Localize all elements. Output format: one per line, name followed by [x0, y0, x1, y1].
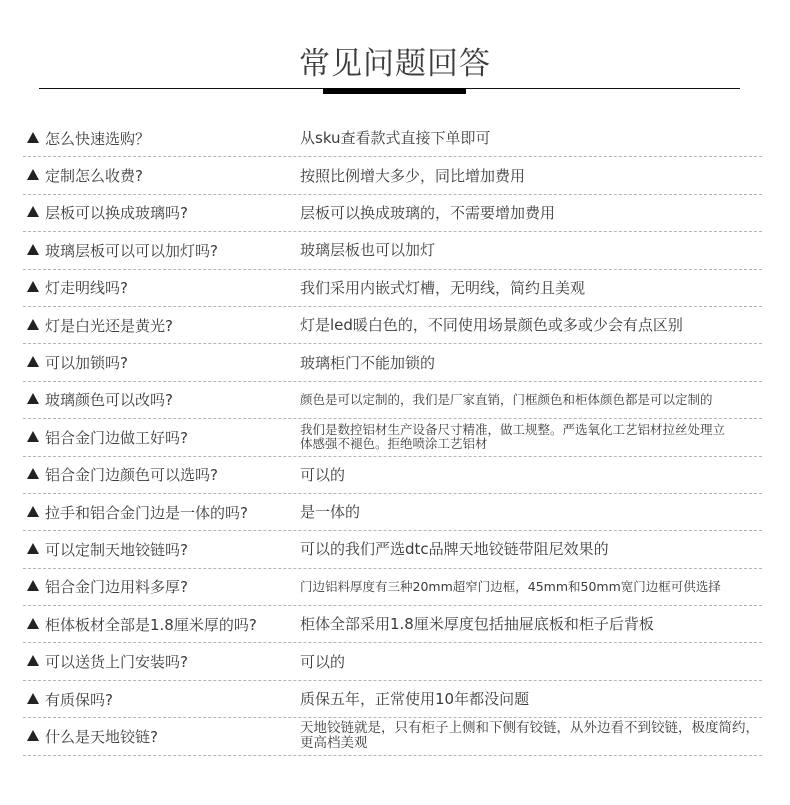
faq-question: 可以送货上门安装吗? [45, 651, 188, 672]
triangle-up-icon [27, 169, 39, 180]
faq-answer: 是一体的 [300, 494, 762, 530]
faq-question: 玻璃颜色可以改吗? [45, 389, 173, 410]
faq-question: 层板可以换成玻璃吗? [45, 202, 188, 223]
faq-answer: 可以的我们严选dtc品牌天地铰链带阻尼效果的 [300, 531, 762, 567]
faq-question: 有质保吗? [45, 689, 113, 710]
faq-question: 怎么快速选购？ [45, 128, 150, 149]
faq-question: 灯是白光还是黄光? [45, 315, 173, 336]
faq-answer: 门边铝料厚度有三种20mm超窄门边框，45mm和50mm宽门边框可供选择 [300, 569, 774, 605]
faq-question: 铝合金门边做工好吗? [45, 427, 188, 448]
triangle-up-icon [27, 506, 39, 517]
faq-item: 柜体板材全部是1.8厘米厚的吗? 柜体全部采用1.8厘米厚度包括抽屉底板和柜子后… [23, 606, 762, 643]
faq-item: 有质保吗? 质保五年，正常使用10年都没问题 [23, 681, 762, 718]
page-title: 常见问题回答 [0, 44, 790, 84]
faq-answer: 可以的 [300, 457, 762, 493]
faq-answer: 玻璃层板也可以加灯 [300, 232, 762, 268]
triangle-up-icon [27, 393, 39, 404]
faq-item: 玻璃层板可以可以加灯吗? 玻璃层板也可以加灯 [23, 232, 762, 269]
faq-answer: 我们是数控铝材生产设备尺寸精准，做工规整。严选氧化工艺铝材拉丝处理立体感强不褪色… [300, 419, 734, 455]
faq-answer: 我们采用内嵌式灯槽，无明线，简约且美观 [300, 270, 762, 306]
triangle-up-icon [27, 356, 39, 367]
faq-answer: 柜体全部采用1.8厘米厚度包括抽屉底板和柜子后背板 [300, 606, 762, 642]
triangle-up-icon [27, 206, 39, 217]
faq-item: 可以定制天地铰链吗? 可以的我们严选dtc品牌天地铰链带阻尼效果的 [23, 531, 762, 568]
faq-item: 玻璃颜色可以改吗? 颜色是可以定制的，我们是厂家直销，门框颜色和柜体颜色都是可以… [23, 382, 762, 419]
faq-item: 什么是天地铰链? 天地铰链就是，只有柜子上侧和下侧有铰链，从外边看不到铰链，极度… [23, 718, 762, 755]
faq-question: 定制怎么收费? [45, 165, 143, 186]
triangle-up-icon [27, 319, 39, 330]
faq-item: 铝合金门边做工好吗? 我们是数控铝材生产设备尺寸精准，做工规整。严选氧化工艺铝材… [23, 419, 762, 456]
triangle-up-icon [27, 618, 39, 629]
faq-item: 可以送货上门安装吗? 可以的 [23, 643, 762, 680]
faq-question: 什么是天地铰链? [45, 726, 158, 747]
triangle-up-icon [27, 468, 39, 479]
triangle-up-icon [27, 543, 39, 554]
triangle-up-icon [27, 431, 39, 442]
triangle-up-icon [27, 244, 39, 255]
faq-question: 玻璃层板可以可以加灯吗? [45, 240, 218, 261]
triangle-up-icon [27, 655, 39, 666]
faq-answer: 颜色是可以定制的，我们是厂家直销，门框颜色和柜体颜色都是可以定制的 [300, 382, 762, 418]
faq-question: 铝合金门边颜色可以选吗? [45, 464, 218, 485]
faq-question: 可以定制天地铰链吗? [45, 539, 188, 560]
faq-question: 铝合金门边用料多厚? [45, 576, 188, 597]
faq-answer: 玻璃柜门不能加锁的 [300, 344, 762, 380]
triangle-up-icon [27, 693, 39, 704]
faq-item: 层板可以换成玻璃吗? 层板可以换成玻璃的，不需要增加费用 [23, 195, 762, 232]
faq-item: 铝合金门边颜色可以选吗? 可以的 [23, 457, 762, 494]
triangle-up-icon [27, 281, 39, 292]
faq-answer: 天地铰链就是，只有柜子上侧和下侧有铰链，从外边看不到铰链，极度简约，更高档美观 [300, 718, 770, 754]
faq-item: 铝合金门边用料多厚? 门边铝料厚度有三种20mm超窄门边框，45mm和50mm宽… [23, 569, 762, 606]
faq-answer: 质保五年，正常使用10年都没问题 [300, 681, 762, 717]
faq-item: 拉手和铝合金门边是一体的吗? 是一体的 [23, 494, 762, 531]
faq-question: 柜体板材全部是1.8厘米厚的吗? [45, 614, 257, 635]
faq-item: 灯走明线吗? 我们采用内嵌式灯槽，无明线，简约且美观 [23, 270, 762, 307]
faq-answer: 可以的 [300, 643, 762, 679]
faq-item: 灯是白光还是黄光? 灯是led暖白色的，不同使用场景颜色或多或少会有点区别 [23, 307, 762, 344]
faq-question: 拉手和铝合金门边是一体的吗? [45, 502, 248, 523]
faq-answer: 按照比例增大多少，同比增加费用 [300, 157, 762, 193]
faq-list: 怎么快速选购？ 从sku查看款式直接下单即可 定制怎么收费? 按照比例增大多少，… [23, 120, 762, 756]
faq-answer: 从sku查看款式直接下单即可 [300, 120, 762, 156]
faq-item: 怎么快速选购？ 从sku查看款式直接下单即可 [23, 120, 762, 157]
faq-question: 灯走明线吗? [45, 277, 128, 298]
faq-item: 可以加锁吗? 玻璃柜门不能加锁的 [23, 344, 762, 381]
faq-item: 定制怎么收费? 按照比例增大多少，同比增加费用 [23, 157, 762, 194]
triangle-up-icon [27, 132, 39, 143]
title-accent-bar [323, 88, 466, 94]
faq-answer: 灯是led暖白色的，不同使用场景颜色或多或少会有点区别 [300, 307, 762, 343]
triangle-up-icon [27, 730, 39, 741]
faq-question: 可以加锁吗? [45, 352, 128, 373]
faq-answer: 层板可以换成玻璃的，不需要增加费用 [300, 195, 762, 231]
triangle-up-icon [27, 580, 39, 591]
